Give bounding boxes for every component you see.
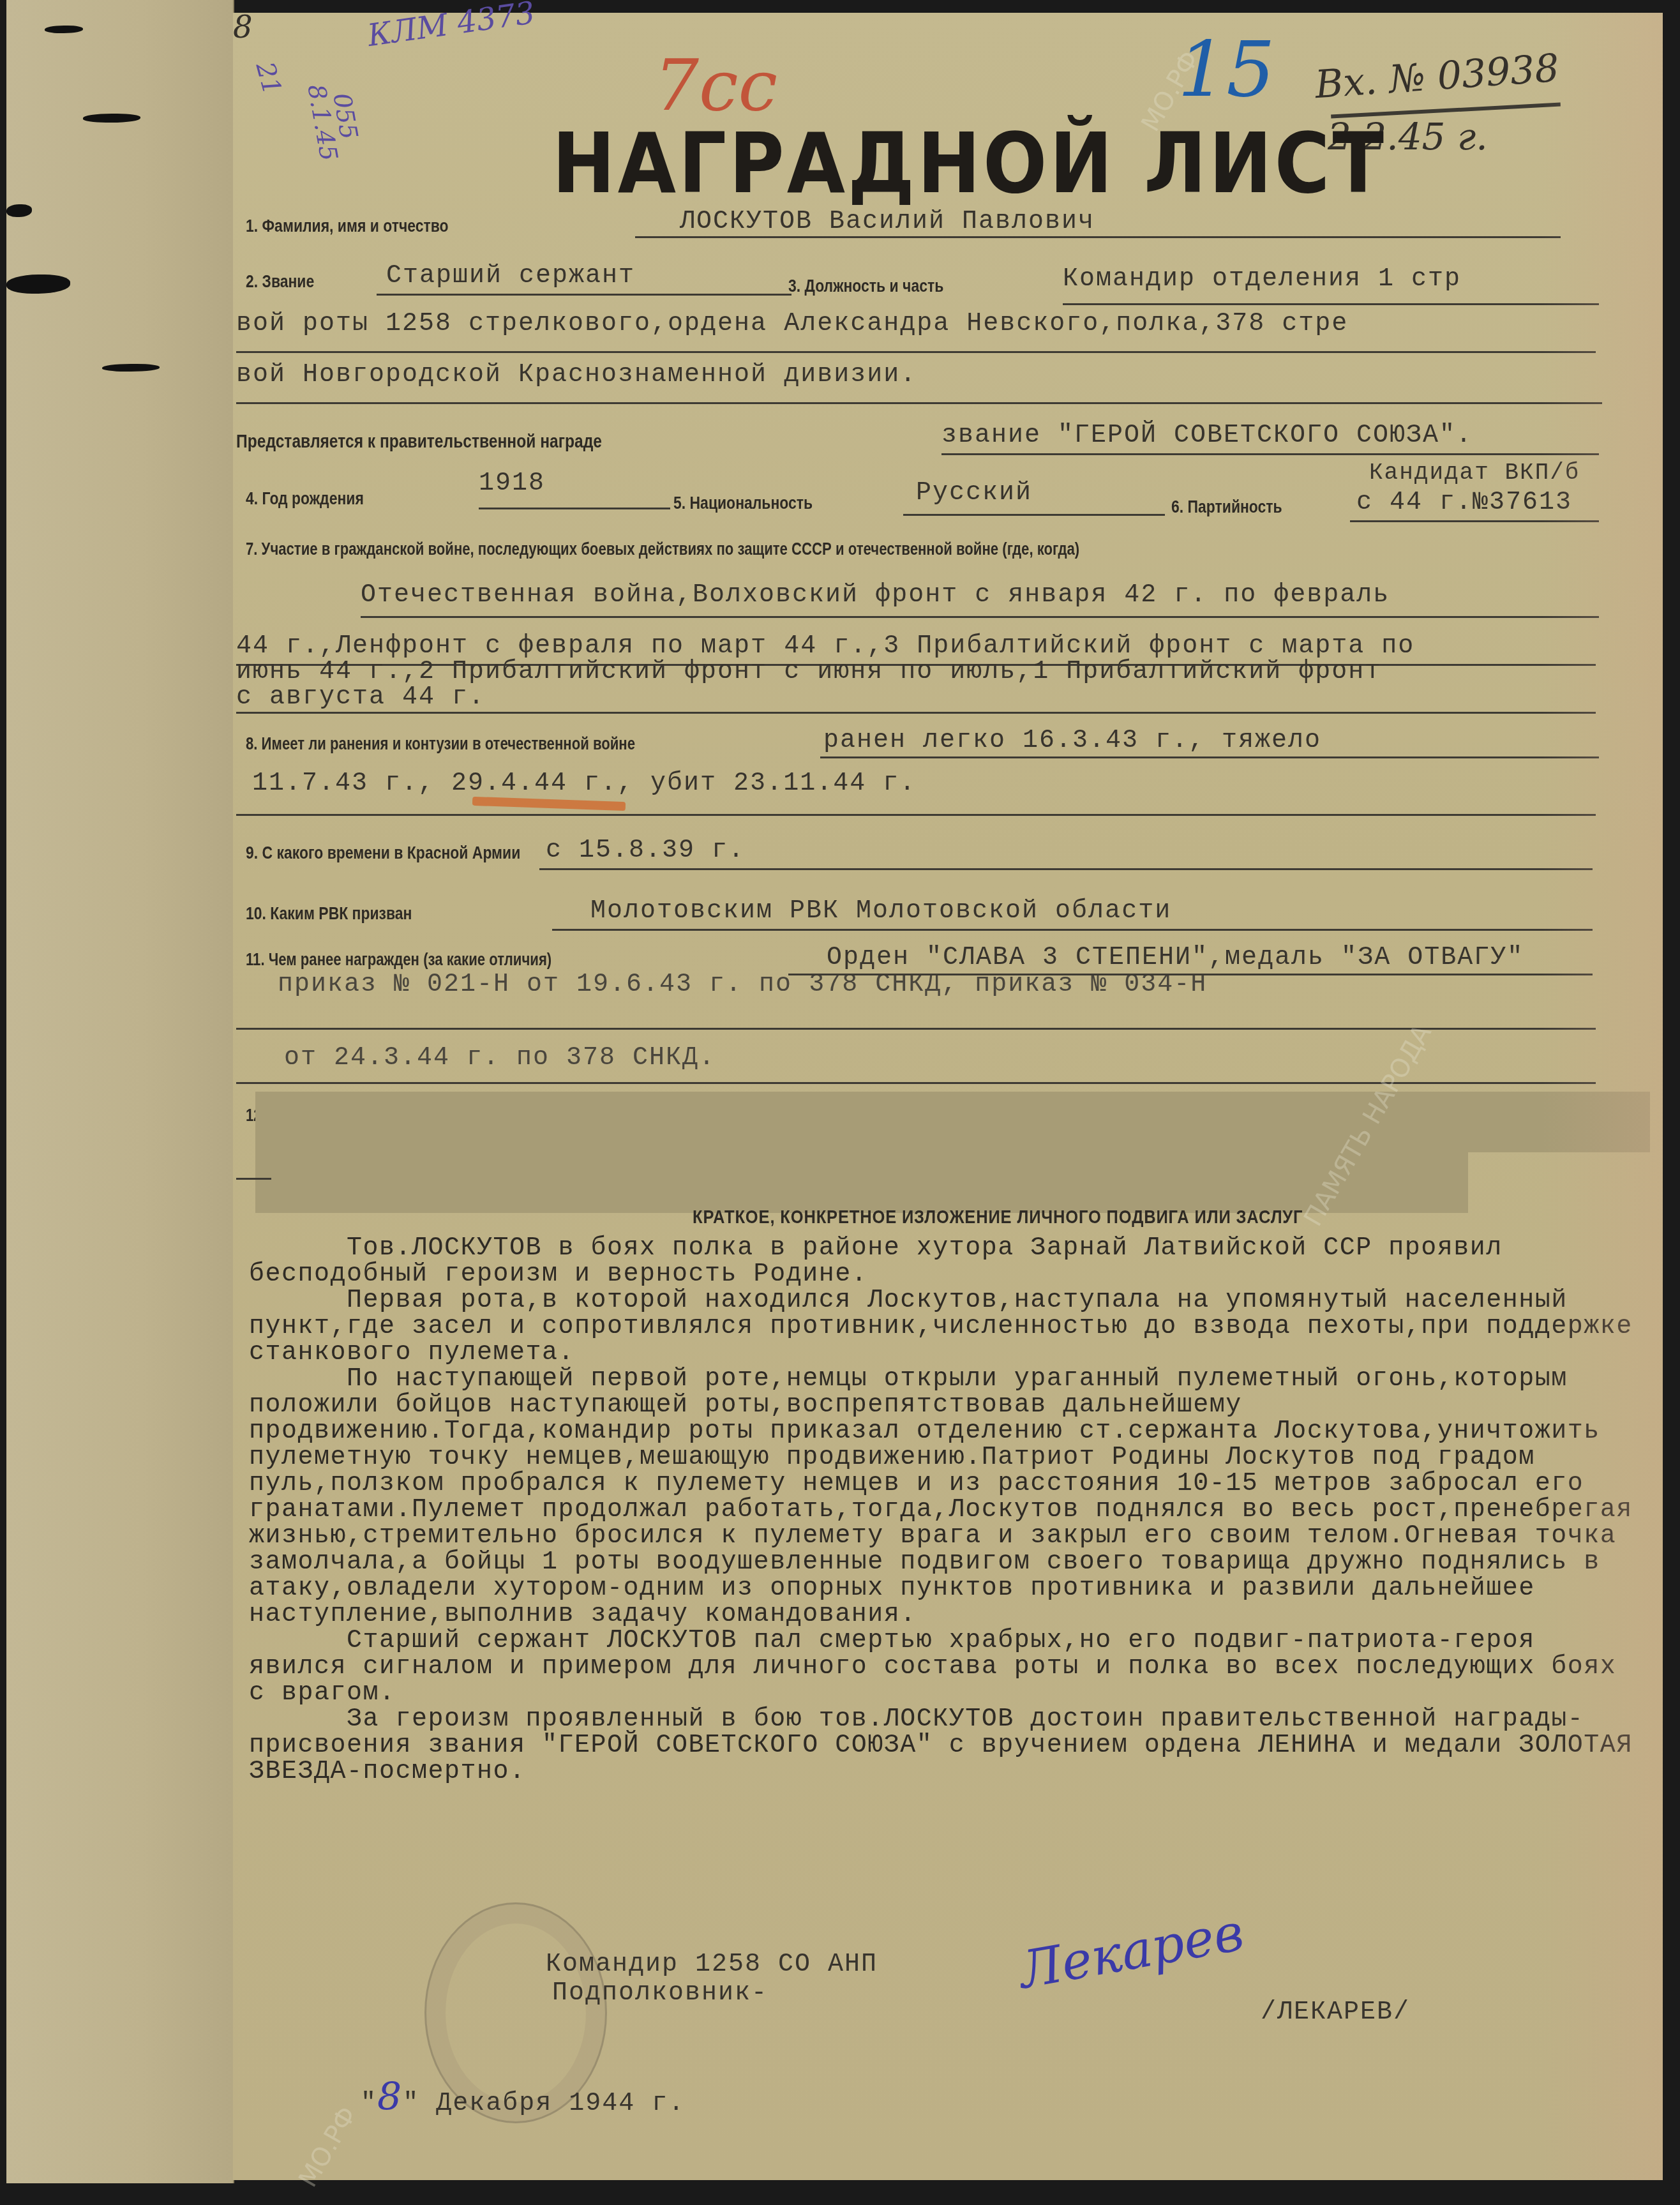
red-highlight	[472, 797, 626, 811]
binding-hole	[6, 275, 70, 294]
field-value-war-line1: Отечественная война,Волховский фронт с я…	[361, 581, 1390, 610]
field-value-nationality: Русский	[916, 479, 1032, 508]
award-proposal-label: Представляется к правительственной награ…	[236, 431, 602, 453]
field-underline	[635, 236, 1561, 238]
section-heading: КРАТКОЕ, КОНКРЕТНОЕ ИЗЛОЖЕНИЕ ЛИЧНОГО ПО…	[693, 1207, 1303, 1228]
award-proposal-value: звание "ГЕРОЙ СОВЕТСКОГО СОЮЗА".	[941, 421, 1473, 450]
field-value-war-line4: с августа 44 г.	[236, 683, 485, 712]
field-underline	[236, 1028, 1596, 1030]
award-sheet: 8 КЛМ 4373 21 8.1.45 055 7сс 15 Вх. № 03…	[233, 13, 1663, 2180]
field-underline	[377, 294, 791, 296]
field-value-wounds-line2: 11.7.43 г., 29.4.44 г., убит 23.11.44 г.	[252, 769, 916, 798]
red-mark: 7сс	[654, 45, 777, 126]
field-value-position: Командир отделения 1 стр	[1063, 265, 1637, 294]
field-value-wounds-line1: ранен легко 16.3.43 г., тяжело	[823, 726, 1321, 755]
signatory-position: Командир 1258 СО АНП	[546, 1950, 878, 1979]
field-label-wounds: 8. Имеет ли ранения и контузии в отечест…	[246, 734, 635, 754]
sign-date: "8" Декабря 1944 г.	[361, 2075, 685, 2119]
field-underline	[236, 712, 1596, 714]
field-value-war-line3: июнь 44 г.,2 Прибалтийский фронт с июня …	[236, 658, 1381, 686]
page-title: НАГРАДНОЙ ЛИСТ	[552, 115, 1386, 212]
watermark: МО.РФ	[293, 2102, 362, 2192]
field-label-name: 1. Фамилия, имя и отчество	[246, 216, 449, 236]
narrative-paragraph: Тов.ЛОСКУТОВ в боях полка в районе хутор…	[249, 1235, 1640, 1288]
field-label-draft-office: 10. Каким РВК призван	[246, 903, 412, 924]
incoming-number: Вх. № 03938	[1314, 46, 1561, 108]
field-label-rank: 2. Звание	[246, 271, 314, 292]
narrative-text: Тов.ЛОСКУТОВ в боях полка в районе хутор…	[249, 1235, 1640, 1785]
narrative-paragraph: Первая рота,в которой находился Лоскутов…	[249, 1288, 1640, 1366]
redacted-address	[255, 1124, 1468, 1213]
field-label-nationality: 5. Национальность	[673, 493, 813, 513]
handwritten-signature: Лекарев	[1015, 1902, 1248, 2000]
narrative-paragraph: За героизм проявленный в бою тов.ЛОСКУТО…	[249, 1706, 1640, 1785]
field-underline	[1063, 303, 1599, 305]
field-underline	[552, 929, 1593, 931]
field-underline	[361, 616, 1599, 618]
hand-note: 21	[250, 59, 287, 98]
field-label-party: 6. Партийность	[1171, 497, 1282, 517]
sign-date-day: 8	[377, 2075, 403, 2119]
field-underline	[236, 1178, 271, 1180]
field-underline	[941, 453, 1599, 455]
field-value-party-line2: с 44 г.№37613	[1356, 488, 1572, 517]
field-value-position-line2: вой роты 1258 стрелкового,ордена Алексан…	[236, 310, 1348, 338]
field-label-position: 3. Должность и часть	[788, 276, 943, 296]
field-label-birth-year: 4. Год рождения	[246, 488, 364, 509]
field-label-previous-awards: 11. Чем ранее награжден (за какие отличи…	[246, 950, 551, 970]
field-value-war-line2: 44 г.,Ленфронт с февраля по март 44 г.,3…	[236, 632, 1414, 661]
signatory-rank: Подполковник-	[552, 1979, 768, 2008]
field-value-rank: Старший сержант	[386, 262, 635, 290]
field-value-draft-office: Молотовским РВК Молотовской области	[590, 897, 1171, 926]
field-value-awards-line3: от 24.3.44 г. по 378 СНКД.	[284, 1044, 716, 1072]
narrative-paragraph: Старший сержант ЛОСКУТОВ пал смертью хра…	[249, 1628, 1640, 1706]
field-value-birth-year: 1918	[479, 469, 545, 498]
binding-stub	[6, 0, 234, 2183]
field-label-war-participation: 7. Участие в гражданской войне, последую…	[246, 539, 1079, 559]
narrative-paragraph: По наступающей первой роте,немцы открыли…	[249, 1366, 1640, 1628]
binding-hole	[6, 204, 32, 217]
sign-date-rest: Декабря 1944 г.	[436, 2089, 685, 2118]
binding-hole	[45, 26, 83, 33]
field-value-awards-line1: Орден "СЛАВА 3 СТЕПЕНИ",медаль "ЗА ОТВАГ…	[827, 944, 1524, 972]
field-value-army-since: с 15.8.39 г.	[546, 836, 745, 865]
binding-hole	[102, 364, 160, 372]
field-value-position-line3: вой Новгородской Краснознаменной дивизии…	[236, 361, 917, 389]
field-underline	[539, 868, 1593, 870]
field-underline	[236, 351, 1596, 353]
field-underline	[903, 514, 1165, 516]
field-underline	[236, 814, 1596, 816]
field-underline	[788, 974, 1593, 975]
binding-hole	[83, 114, 140, 123]
field-underline	[479, 508, 670, 509]
field-label-army-since: 9. С какого времени в Красной Армии	[246, 843, 520, 863]
field-value-name: ЛОСКУТОВ Василий Павлович	[680, 207, 1095, 236]
field-underline	[236, 402, 1602, 404]
signatory-name: /ЛЕКАРЕВ/	[1261, 1998, 1410, 2027]
field-value-party-line1: Кандидат ВКП/б	[1369, 460, 1580, 486]
field-underline	[1350, 520, 1599, 522]
page-number: 8	[233, 10, 253, 45]
field-underline	[820, 756, 1599, 758]
